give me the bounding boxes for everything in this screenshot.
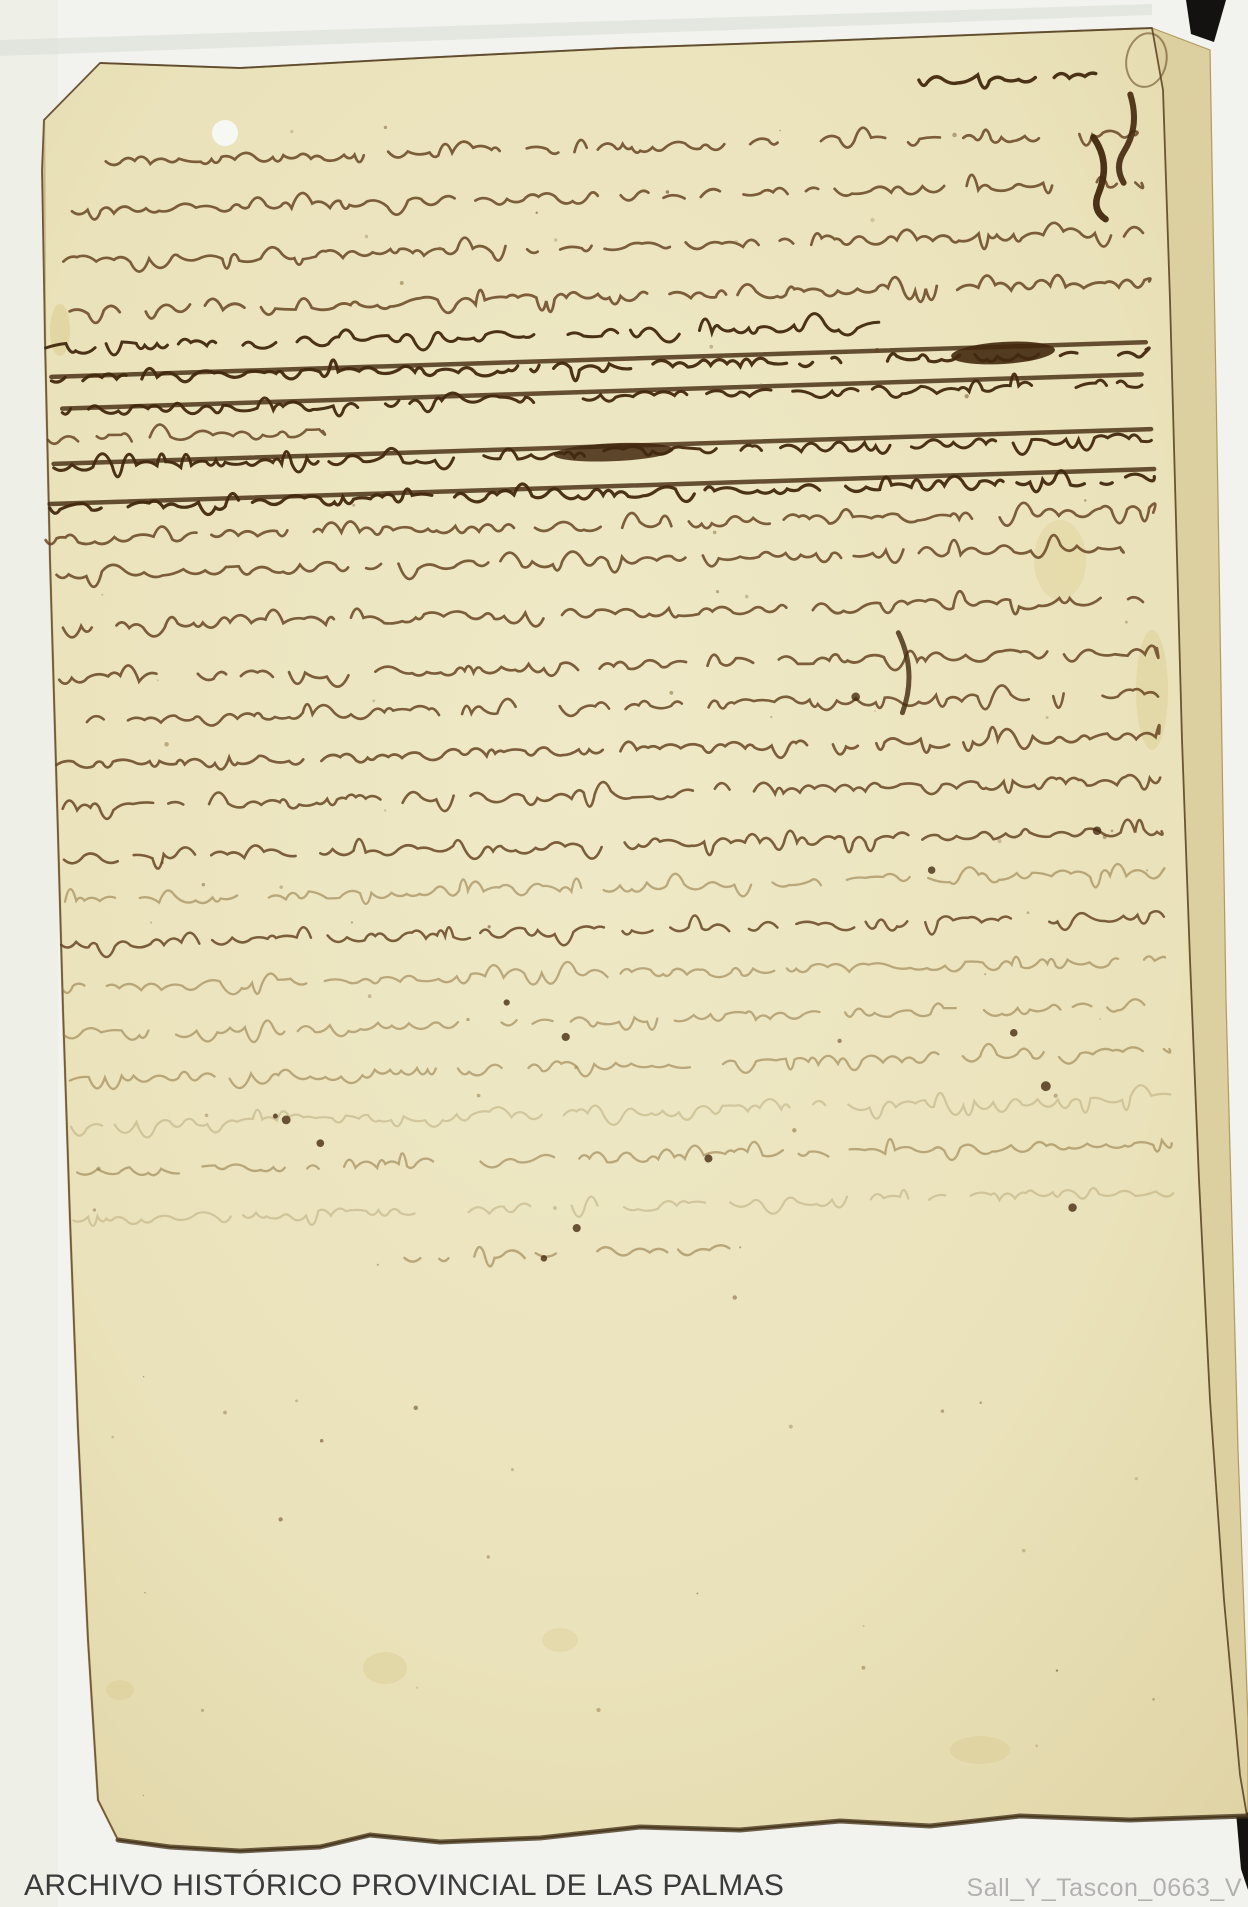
paper-flaw-spot bbox=[212, 120, 238, 146]
paper-stain bbox=[106, 1680, 134, 1700]
paper-sheet bbox=[42, 28, 1247, 1851]
paper-stain bbox=[950, 1736, 1010, 1764]
paper-page bbox=[42, 28, 1248, 1851]
paper-stain bbox=[1034, 520, 1086, 600]
paper-stain bbox=[542, 1628, 578, 1652]
paper-stain bbox=[363, 1652, 407, 1684]
manuscript-scan: ARCHIVO HISTÓRICO PROVINCIAL DE LAS PALM… bbox=[0, 0, 1248, 1907]
scan-image bbox=[0, 0, 1248, 1907]
